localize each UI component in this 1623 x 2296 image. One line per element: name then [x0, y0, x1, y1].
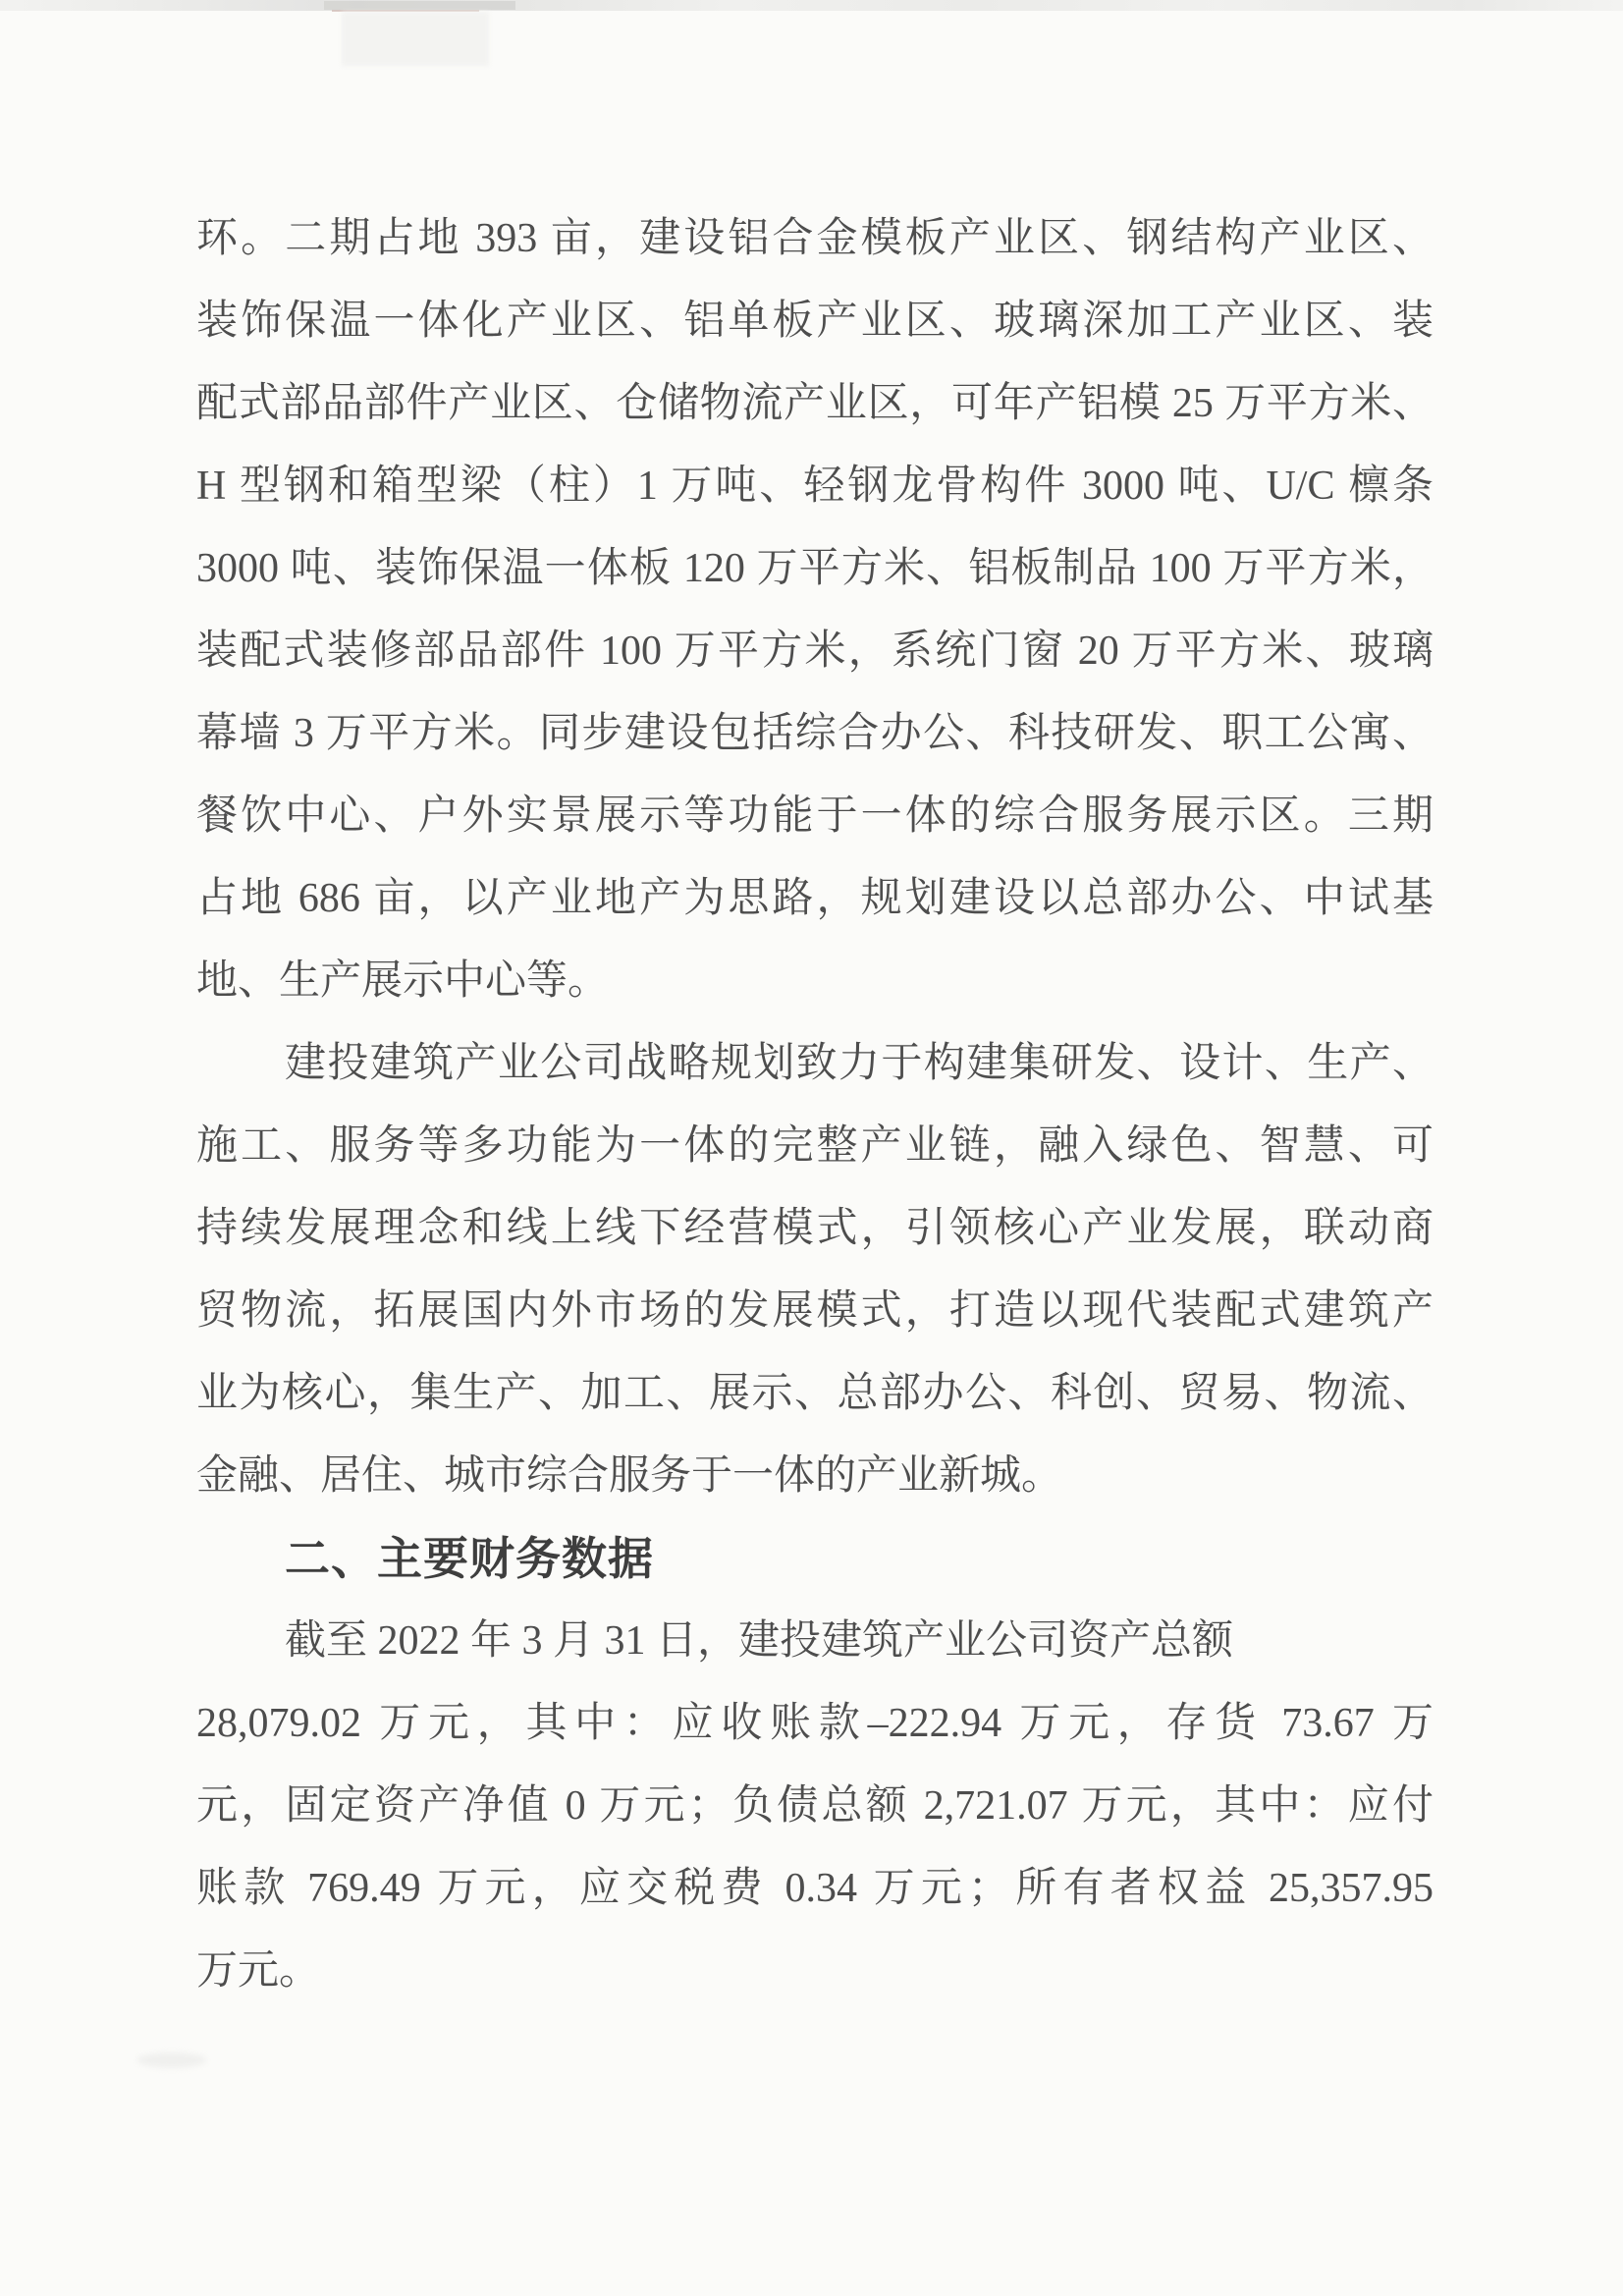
text-line: 幕墙 3 万平方米。同步建设包括综合办公、科技研发、职工公寓、: [196, 692, 1434, 775]
text-line: 占地 686 亩，以产业地产为思路，规划建设以总部办公、中试基: [196, 857, 1434, 940]
text-line: 贸物流，拓展国内外市场的发展模式，打造以现代装配式建筑产: [196, 1270, 1434, 1352]
text-line: 配式部品部件产业区、仓储物流产业区，可年产铝模 25 万平方米、: [196, 362, 1434, 445]
scan-artifact-top-smudge: [342, 12, 489, 66]
document-page: 环。二期占地 393 亩，建设铝合金模板产业区、钢结构产业区、 装饰保温一体化产…: [0, 0, 1623, 2296]
scan-artifact-top-edge: [0, 0, 1623, 11]
text-line-paragraph-end: 万元。: [196, 1930, 1434, 2012]
text-line: 元，固定资产净值 0 万元；负债总额 2,721.07 万元，其中：应付: [196, 1765, 1434, 1847]
text-line-paragraph-end: 金融、居住、城市综合服务于一体的产业新城。: [196, 1435, 1434, 1517]
text-line: H 型钢和箱型梁（柱）1 万吨、轻钢龙骨构件 3000 吨、U/C 檩条: [196, 445, 1434, 527]
text-line: 餐饮中心、户外实景展示等功能于一体的综合服务展示区。三期: [196, 775, 1434, 857]
scan-artifact-top-patch: [324, 1, 515, 10]
section-heading: 二、主要财务数据: [196, 1517, 1434, 1600]
document-body: 环。二期占地 393 亩，建设铝合金模板产业区、钢结构产业区、 装饰保温一体化产…: [196, 197, 1434, 2012]
text-line: 3000 吨、装饰保温一体板 120 万平方米、铝板制品 100 万平方米，: [196, 527, 1434, 610]
text-line: 施工、服务等多功能为一体的完整产业链，融入绿色、智慧、可: [196, 1105, 1434, 1187]
scan-artifact-bottom-left-smudge: [137, 2052, 206, 2068]
text-line: 账款 769.49 万元，应交税费 0.34 万元；所有者权益 25,357.9…: [196, 1847, 1434, 1930]
text-line: 装饰保温一体化产业区、铝单板产业区、玻璃深加工产业区、装: [196, 280, 1434, 362]
text-line: 持续发展理念和线上线下经营模式，引领核心产业发展，联动商: [196, 1187, 1434, 1270]
text-line-paragraph-start: 建投建筑产业公司战略规划致力于构建集研发、设计、生产、: [196, 1022, 1434, 1105]
text-line: 环。二期占地 393 亩，建设铝合金模板产业区、钢结构产业区、: [196, 197, 1434, 280]
text-line-paragraph-start: 截至 2022 年 3 月 31 日，建投建筑产业公司资产总额: [196, 1600, 1434, 1682]
text-line: 28,079.02 万元，其中：应收账款–222.94 万元，存货 73.67 …: [196, 1682, 1434, 1765]
text-line-paragraph-end: 地、生产展示中心等。: [196, 940, 1434, 1022]
text-line: 装配式装修部品部件 100 万平方米，系统门窗 20 万平方米、玻璃: [196, 610, 1434, 692]
text-line: 业为核心，集生产、加工、展示、总部办公、科创、贸易、物流、: [196, 1352, 1434, 1435]
